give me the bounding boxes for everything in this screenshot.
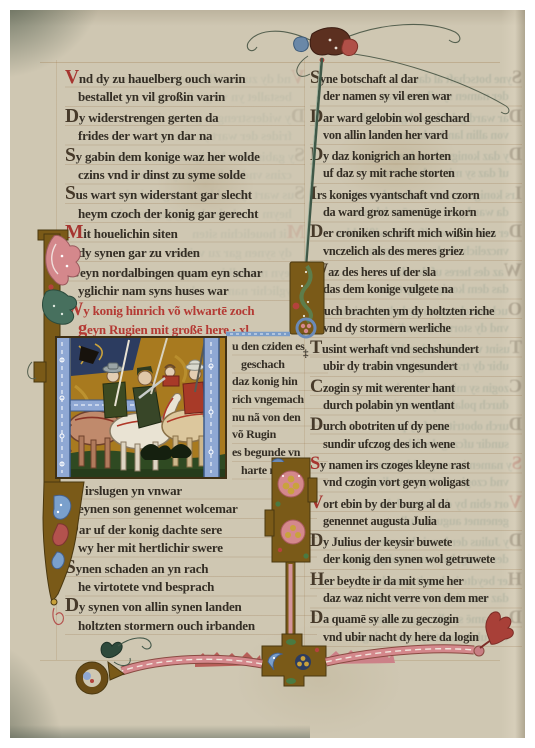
- verse-line: Syne botschaft al dar: [310, 68, 522, 87]
- verse-line: dy synen gar zu vriden: [65, 243, 305, 262]
- verse-line: Her beydte ir da mit syme her: [310, 570, 522, 589]
- verse-line: Ouch brachten ym dy holtzten riche: [310, 300, 522, 319]
- rider-right: [183, 360, 205, 414]
- verse-line: Mit houelichin siten: [65, 223, 305, 242]
- verse-line: czins vnd ir dinst zu syme solde: [65, 165, 305, 184]
- verse-line: vnd czogin vort geyn woligast: [310, 473, 522, 492]
- knights-on-horseback-miniature: [55, 336, 227, 479]
- verse-line: Czogin sy mit werenter hant: [310, 377, 522, 396]
- verse-line: vnd dy stormern werliche: [310, 319, 522, 338]
- verse-line: Da quamē sy alle zu geczogin: [310, 608, 522, 627]
- verse-line: Irs koniges vyantschaft vnd czorn: [310, 184, 522, 203]
- verse-line: wy her mit hertlichir swere: [65, 538, 317, 557]
- margin-cross-mark: ‡: [303, 348, 309, 360]
- illuminated-initial-miniature: [55, 336, 227, 479]
- verse-line: eynen son genennet wolcemar: [65, 499, 317, 518]
- verse-line: holtzten stormern ouch irbanden: [65, 616, 317, 635]
- verse-line: Dy widerstrengen gerten da: [65, 107, 305, 126]
- verse-line: vnd ubir nacht dy here da login: [310, 628, 522, 647]
- verse-line: yglichir nam syns huses war: [65, 281, 305, 300]
- verse-line: sundir ufczog des ich wene: [310, 435, 522, 454]
- verse-line: Sy gabin dem konige waz her wolde: [65, 146, 305, 165]
- verse-line: vnczelich als des meres griez: [310, 242, 522, 261]
- verse-line: bestallet yn vil großin varin: [65, 87, 305, 106]
- rubric-line: Wy konig hinrich võ wlwartē zoch: [65, 300, 315, 319]
- verse-line: daz waz nicht verre von dem mer: [310, 589, 522, 608]
- verse-line: von allin landen her vard: [310, 126, 522, 145]
- verse-line: Durch obotriten uf dy pene: [310, 415, 522, 434]
- verse-line: he virtotete vnd besprach: [65, 577, 317, 596]
- verse-line: Dar ward gelobin wol geschard: [310, 107, 522, 126]
- rubric-lines: Wy konig hinrich võ wlwartē zochgeyn Rug…: [65, 300, 315, 339]
- verse-line: frides der wart yn dar na: [65, 126, 305, 145]
- verse-line: Waz des heres uf der sla: [310, 261, 522, 280]
- verse-line: Synen schaden an yn rach: [65, 558, 317, 577]
- bushes: [140, 444, 172, 460]
- verse-line: Sy namen irs czoges kleyne rast: [310, 454, 522, 473]
- verse-line: Geyn nordalbingen quam eyn schar: [65, 262, 305, 281]
- screenshot-frame: Syne botschaft al darder namen sy vil er…: [0, 0, 535, 748]
- column-right: Syne botschaft al darder namen sy vil er…: [310, 68, 522, 647]
- verse-line: Dy Julius der keysir buwete: [310, 531, 522, 550]
- verse-line: Der croniken schrift mich wißin hiez: [310, 222, 522, 241]
- verse-line: der namen sy vil eren war: [310, 87, 522, 106]
- column-left-upper: Vnd dy zu hauelberg ouch warinbestallet …: [65, 68, 305, 301]
- verse-line: Dy daz konigrich an horten: [310, 145, 522, 164]
- bottom-ribbon-left: [76, 638, 262, 694]
- verse-line: durch polabin yn wentlant: [310, 396, 522, 415]
- verse-line: Vnd dy zu hauelberg ouch warin: [65, 68, 305, 87]
- verse-line: Sy irslugen yn vnwar: [65, 480, 317, 499]
- verse-line: das dem konige vulgete na: [310, 280, 522, 299]
- verse-line: Tusint werhaft vnd sechshundert: [310, 338, 522, 357]
- verse-line: Vort ebin by der burg al da: [310, 493, 522, 512]
- verse-line: uf daz sy mit rache storten: [310, 164, 522, 183]
- verse-line: da ward groz samenūge irkorn: [310, 203, 522, 222]
- manuscript-page: Syne botschaft al darder namen sy vil er…: [10, 10, 525, 738]
- verse-line: Sus wart syn widerstant gar slecht: [65, 184, 305, 203]
- verse-line: Dar uf der konig dachte sere: [65, 519, 317, 538]
- verse-line: Dy synen von allin synen landen: [65, 596, 317, 615]
- verse-line: der konig den synen wol getruwete: [310, 550, 522, 569]
- verse-line: heym czoch der konig gar gerecht: [65, 204, 305, 223]
- verse-line: ubir dy trabin vngesundert: [310, 357, 522, 376]
- column-left-lower: Sy irslugen yn vnwareynen son genennet w…: [65, 480, 317, 635]
- verse-line: genennet augusta Julia: [310, 512, 522, 531]
